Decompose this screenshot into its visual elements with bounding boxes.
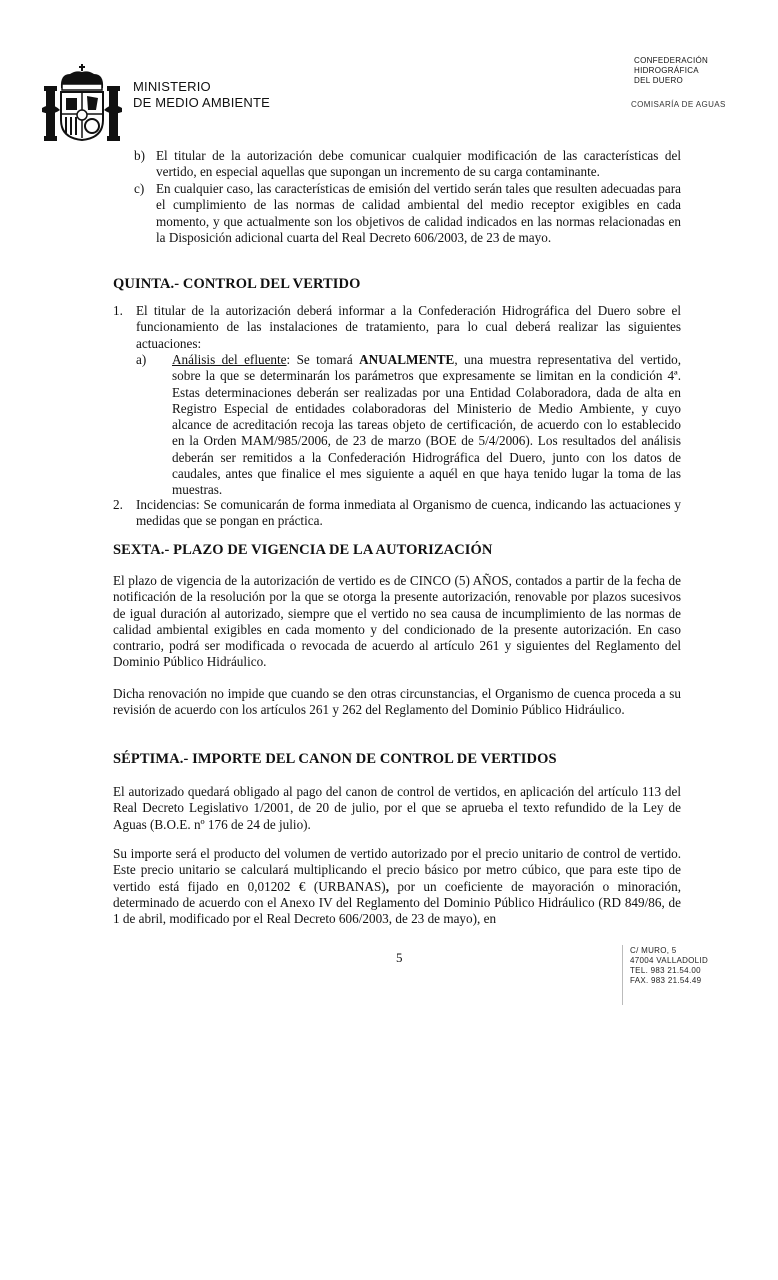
footer-divider	[622, 945, 623, 1005]
section-heading-quinta: QUINTA.- CONTROL DEL VERTIDO	[113, 276, 361, 293]
footer-address: C/ MURO, 5 47004 VALLADOLID TEL. 983 21.…	[630, 946, 708, 986]
department-name: COMISARÍA DE AGUAS	[631, 100, 726, 109]
text-fragment: : Se tomará	[287, 352, 360, 367]
ministry-line-2: DE MEDIO AMBIENTE	[133, 95, 270, 111]
list-item-text: Análisis del efluente: Se tomará ANUALME…	[172, 352, 681, 499]
confederation-line-2: HIDROGRÁFICA	[634, 66, 708, 76]
ministry-name: MINISTERIO DE MEDIO AMBIENTE	[133, 79, 270, 111]
confederation-line-3: DEL DUERO	[634, 76, 708, 86]
quinta-sub-item-a: a) Análisis del efluente: Se tomará ANUA…	[136, 352, 681, 499]
analysis-label: Análisis del efluente	[172, 352, 287, 367]
page-number: 5	[396, 950, 403, 966]
list-item-b: b) El titular de la autorización debe co…	[134, 148, 681, 181]
list-item-text: El titular de la autorización debe comun…	[156, 148, 681, 181]
confederation-line-1: CONFEDERACIÓN	[634, 56, 708, 66]
address-line-2: 47004 VALLADOLID	[630, 956, 708, 966]
list-item-c: c) En cualquier caso, las característica…	[134, 181, 681, 246]
frequency-emphasis: ANUALMENTE	[359, 352, 454, 367]
list-marker: 1.	[113, 303, 136, 352]
text-fragment: , una muestra representativa del vertido…	[172, 352, 681, 497]
confederation-name: CONFEDERACIÓN HIDROGRÁFICA DEL DUERO	[634, 56, 708, 86]
quinta-item-2: 2. Incidencias: Se comunicarán de forma …	[113, 497, 681, 530]
list-item-text: En cualquier caso, las características d…	[156, 181, 681, 246]
address-line-3: TEL. 983 21.54.00	[630, 966, 708, 976]
section-heading-septima: SÉPTIMA.- IMPORTE DEL CANON DE CONTROL D…	[113, 751, 557, 768]
list-item-text: Incidencias: Se comunicarán de forma inm…	[136, 497, 681, 530]
spanish-coat-of-arms-icon	[42, 62, 122, 142]
septima-paragraph-1: El autorizado quedará obligado al pago d…	[113, 784, 681, 833]
address-line-1: C/ MURO, 5	[630, 946, 708, 956]
sexta-paragraph-2: Dicha renovación no impide que cuando se…	[113, 686, 681, 719]
list-item-text: El titular de la autorización deberá inf…	[136, 303, 681, 352]
list-marker: b)	[134, 148, 156, 181]
address-line-4: FAX. 983 21.54.49	[630, 976, 708, 986]
section-heading-sexta: SEXTA.- PLAZO DE VIGENCIA DE LA AUTORIZA…	[113, 542, 492, 559]
list-marker: 2.	[113, 497, 136, 530]
sexta-paragraph-1: El plazo de vigencia de la autorización …	[113, 573, 681, 671]
quinta-item-1: 1. El titular de la autorización deberá …	[113, 303, 681, 352]
list-marker: c)	[134, 181, 156, 246]
list-marker: a)	[136, 352, 172, 499]
septima-paragraph-2: Su importe será el producto del volumen …	[113, 846, 681, 927]
ministry-line-1: MINISTERIO	[133, 79, 270, 95]
